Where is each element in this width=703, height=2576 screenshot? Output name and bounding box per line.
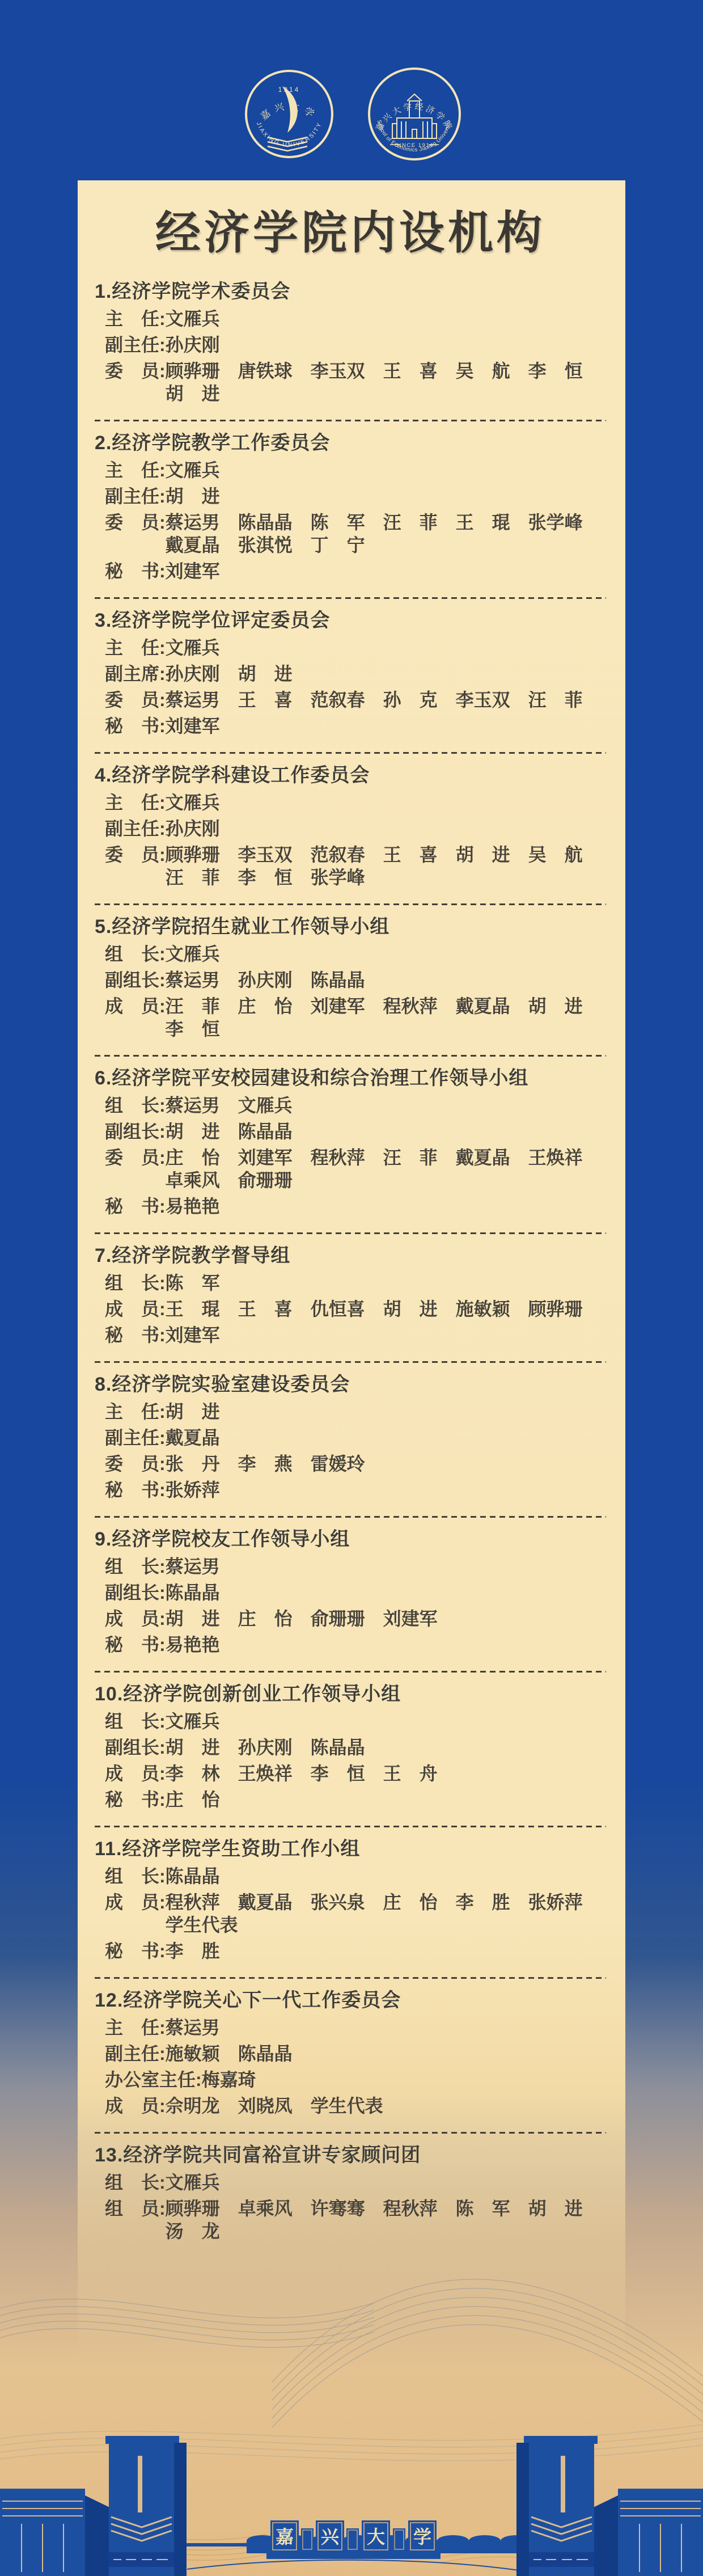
role-label: 成 员: bbox=[105, 995, 166, 1040]
member-line: 主 任:蔡运男 bbox=[95, 2016, 606, 2039]
member-line: 副组长:胡 进 陈晶晶 bbox=[95, 1120, 606, 1143]
left-edge-building bbox=[0, 2489, 120, 2576]
role-label: 秘 书: bbox=[105, 715, 166, 737]
member-line: 组 员:顾骅珊 卓乘风 许骞骞 程秋萍 陈 军 胡 进 汤 龙 bbox=[95, 2197, 606, 2243]
content: 经济学院内设机构 1.经济学院学术委员会主 任:文雁兵副主任:孙庆刚委 员:顾骅… bbox=[78, 180, 625, 2243]
member-names: 蔡运男 bbox=[166, 1555, 606, 1578]
member-names: 胡 进 bbox=[166, 1400, 606, 1423]
member-names: 陈 军 bbox=[166, 1272, 606, 1294]
content-panel: 经济学院内设机构 1.经济学院学术委员会主 任:文雁兵副主任:孙庆刚委 员:顾骅… bbox=[78, 180, 625, 2406]
role-label: 成 员: bbox=[105, 1891, 166, 1936]
member-names: 蔡运男 王 喜 范叙春 孙 克 李玉双 汪 菲 bbox=[166, 689, 606, 711]
member-line: 主 任:文雁兵 bbox=[95, 307, 606, 330]
section-8: 8.经济学院实验室建设委员会主 任:胡 进副主任:戴夏晶委 员:张 丹 李 燕 … bbox=[95, 1373, 606, 1501]
svg-text:嘉: 嘉 bbox=[276, 2526, 294, 2548]
section-12: 12.经济学院关心下一代工作委员会主 任:蔡运男副主任:施敏颖 陈晶晶办公室主任… bbox=[95, 1989, 606, 2117]
role-label: 副主任: bbox=[105, 2042, 166, 2065]
role-label: 委 员: bbox=[105, 1146, 166, 1192]
section-10: 10.经济学院创新创业工作领导小组组 长:文雁兵副组长:胡 进 孙庆刚 陈晶晶成… bbox=[95, 1683, 606, 1811]
seal-left-bottom-arc: JIAXING UNIVERSITY bbox=[255, 121, 323, 149]
section-5: 5.经济学院招生就业工作领导小组组 长:文雁兵副组长:蔡运男 孙庆刚 陈晶晶成 … bbox=[95, 915, 606, 1040]
role-label: 主 任: bbox=[105, 636, 166, 659]
member-line: 组 长:蔡运男 文雁兵 bbox=[95, 1094, 606, 1117]
member-line: 副组长:蔡运男 孙庆刚 陈晶晶 bbox=[95, 969, 606, 991]
member-names: 孙庆刚 bbox=[166, 817, 606, 840]
section-divider bbox=[95, 903, 606, 905]
section-heading: 11.经济学院学生资助工作小组 bbox=[95, 1838, 606, 1860]
role-label: 组 长: bbox=[105, 2171, 166, 2194]
member-line: 成 员:程秋萍 戴夏晶 张兴泉 庄 怡 李 胜 张娇萍 学生代表 bbox=[95, 1891, 606, 1936]
role-label: 秘 书: bbox=[105, 1788, 166, 1811]
role-label: 副主任: bbox=[105, 333, 166, 356]
role-label: 组 长: bbox=[105, 1865, 166, 1887]
member-line: 组 长:陈 军 bbox=[95, 1272, 606, 1294]
page-title: 经济学院内设机构 bbox=[95, 206, 606, 261]
section-divider bbox=[95, 1826, 606, 1827]
role-label: 秘 书: bbox=[105, 1633, 166, 1656]
member-line: 秘 书:易艳艳 bbox=[95, 1195, 606, 1218]
member-names: 刘建军 bbox=[166, 1324, 606, 1346]
member-names: 李 林 王焕祥 李 恒 王 舟 bbox=[166, 1762, 606, 1785]
member-line: 副主席:孙庆刚 胡 进 bbox=[95, 662, 606, 685]
member-names: 顾骅珊 李玉双 范叙春 王 喜 胡 进 吴 航 汪 菲 李 恒 张学峰 bbox=[166, 843, 606, 889]
role-label: 秘 书: bbox=[105, 1940, 166, 1962]
member-line: 委 员:顾骅珊 唐铁球 李玉双 王 喜 吴 航 李 恒 胡 进 bbox=[95, 360, 606, 405]
member-line: 秘 书:刘建军 bbox=[95, 560, 606, 582]
role-label: 组 员: bbox=[105, 2197, 166, 2243]
footer-art: 嘉 兴 大 学 bbox=[0, 2269, 703, 2576]
section-heading: 1.经济学院学术委员会 bbox=[95, 280, 606, 303]
member-names: 庄 怡 bbox=[166, 1788, 606, 1811]
member-names: 顾骅珊 卓乘风 许骞骞 程秋萍 陈 军 胡 进 汤 龙 bbox=[166, 2197, 606, 2243]
member-names: 戴夏晶 bbox=[166, 1426, 606, 1449]
section-heading: 8.经济学院实验室建设委员会 bbox=[95, 1373, 606, 1396]
member-line: 副组长:胡 进 孙庆刚 陈晶晶 bbox=[95, 1736, 606, 1759]
member-names: 张娇萍 bbox=[166, 1479, 606, 1501]
member-line: 主 任:胡 进 bbox=[95, 1400, 606, 1423]
right-edge-building bbox=[583, 2489, 703, 2576]
member-line: 委 员:蔡运男 陈晶晶 陈 军 汪 菲 王 琨 张学峰 戴夏晶 张淇悦 丁 宁 bbox=[95, 511, 606, 556]
member-line: 秘 书:刘建军 bbox=[95, 715, 606, 737]
section-divider bbox=[95, 420, 606, 421]
role-label: 组 长: bbox=[105, 1710, 166, 1733]
member-line: 副主任:孙庆刚 bbox=[95, 333, 606, 356]
member-names: 蔡运男 陈晶晶 陈 军 汪 菲 王 琨 张学峰 戴夏晶 张淇悦 丁 宁 bbox=[166, 511, 606, 556]
member-line: 秘 书:李 胜 bbox=[95, 1940, 606, 1962]
member-names: 陈晶晶 bbox=[166, 1581, 606, 1604]
member-names: 文雁兵 bbox=[166, 1710, 606, 1733]
left-gate-tower bbox=[105, 2436, 187, 2576]
member-line: 秘 书:张娇萍 bbox=[95, 1479, 606, 1501]
svg-text:兴: 兴 bbox=[321, 2526, 340, 2548]
member-names: 张 丹 李 燕 雷媛玲 bbox=[166, 1452, 606, 1475]
member-names: 王 琨 王 喜 仇恒喜 胡 进 施敏颖 顾骅珊 bbox=[166, 1298, 606, 1320]
section-6: 6.经济学院平安校园建设和综合治理工作领导小组组 长:蔡运男 文雁兵副组长:胡 … bbox=[95, 1067, 606, 1218]
role-label: 委 员: bbox=[105, 1452, 166, 1475]
member-line: 副主任:施敏颖 陈晶晶 bbox=[95, 2042, 606, 2065]
member-line: 组 长:文雁兵 bbox=[95, 943, 606, 965]
svg-text:学: 学 bbox=[413, 2526, 431, 2548]
role-label: 副组长: bbox=[105, 1120, 166, 1143]
role-label: 委 员: bbox=[105, 511, 166, 556]
member-names: 施敏颖 陈晶晶 bbox=[166, 2042, 606, 2065]
university-gate: 嘉 兴 大 学 bbox=[266, 2520, 441, 2559]
role-label: 委 员: bbox=[105, 360, 166, 405]
role-label: 组 长: bbox=[105, 1272, 166, 1294]
svg-text:JIAXING UNIVERSITY: JIAXING UNIVERSITY bbox=[255, 121, 323, 149]
role-label: 委 员: bbox=[105, 843, 166, 889]
role-label: 成 员: bbox=[105, 2094, 166, 2117]
member-names: 文雁兵 bbox=[166, 943, 606, 965]
role-label: 秘 书: bbox=[105, 1479, 166, 1501]
member-line: 组 长:文雁兵 bbox=[95, 1710, 606, 1733]
svg-text:School of Economics Jiaxing Un: School of Economics Jiaxing University bbox=[0, 54, 452, 153]
member-names: 刘建军 bbox=[166, 560, 606, 582]
role-label: 主 任: bbox=[105, 1400, 166, 1423]
seal-left-year: 1914 bbox=[278, 86, 300, 94]
section-heading: 5.经济学院招生就业工作领导小组 bbox=[95, 915, 606, 938]
member-names: 李 胜 bbox=[166, 1940, 606, 1962]
member-names: 易艳艳 bbox=[166, 1633, 606, 1656]
section-heading: 4.经济学院学科建设工作委员会 bbox=[95, 764, 606, 787]
member-names: 蔡运男 bbox=[166, 2016, 606, 2039]
section-13: 13.经济学院共同富裕宣讲专家顾问团组 长:文雁兵组 员:顾骅珊 卓乘风 许骞骞… bbox=[95, 2144, 606, 2243]
member-line: 副主任:戴夏晶 bbox=[95, 1426, 606, 1449]
role-label: 主 任: bbox=[105, 2016, 166, 2039]
section-heading: 3.经济学院学位评定委员会 bbox=[95, 609, 606, 632]
member-names: 刘建军 bbox=[166, 715, 606, 737]
role-label: 副组长: bbox=[105, 969, 166, 991]
member-line: 委 员:顾骅珊 李玉双 范叙春 王 喜 胡 进 吴 航 汪 菲 李 恒 张学峰 bbox=[95, 843, 606, 889]
member-names: 文雁兵 bbox=[166, 2171, 606, 2194]
right-gate-tower bbox=[516, 2436, 598, 2576]
building-icon bbox=[392, 94, 437, 138]
section-divider bbox=[95, 1516, 606, 1518]
member-names: 庄 怡 刘建军 程秋萍 汪 菲 戴夏晶 王焕祥 卓乘风 俞珊珊 bbox=[166, 1146, 606, 1192]
member-line: 组 长:陈晶晶 bbox=[95, 1865, 606, 1887]
role-label: 副组长: bbox=[105, 1736, 166, 1759]
member-line: 主 任:文雁兵 bbox=[95, 636, 606, 659]
role-label: 成 员: bbox=[105, 1298, 166, 1320]
svg-text:大: 大 bbox=[367, 2526, 385, 2548]
role-label: 秘 书: bbox=[105, 1195, 166, 1218]
role-label: 委 员: bbox=[105, 689, 166, 711]
jiaxing-university-seal-icon: 嘉兴大学 1914 JIAXING UNIVERSITY bbox=[246, 71, 332, 157]
role-label: 秘 书: bbox=[105, 1324, 166, 1346]
section-2: 2.经济学院教学工作委员会主 任:文雁兵副主任:胡 进委 员:蔡运男 陈晶晶 陈… bbox=[95, 432, 606, 582]
member-line: 委 员:庄 怡 刘建军 程秋萍 汪 菲 戴夏晶 王焕祥 卓乘风 俞珊珊 bbox=[95, 1146, 606, 1192]
section-heading: 7.经济学院教学督导组 bbox=[95, 1244, 606, 1267]
member-names: 易艳艳 bbox=[166, 1195, 606, 1218]
member-names: 梅嘉琦 bbox=[202, 2068, 606, 2091]
member-names: 文雁兵 bbox=[166, 459, 606, 482]
member-names: 孙庆刚 胡 进 bbox=[166, 662, 606, 685]
member-line: 成 员:王 琨 王 喜 仇恒喜 胡 进 施敏颖 顾骅珊 bbox=[95, 1298, 606, 1320]
member-line: 成 员:李 林 王焕祥 李 恒 王 舟 bbox=[95, 1762, 606, 1785]
role-label: 副主任: bbox=[105, 485, 166, 508]
role-label: 秘 书: bbox=[105, 560, 166, 582]
wave-lines-gray bbox=[0, 2279, 703, 2461]
member-names: 孙庆刚 bbox=[166, 333, 606, 356]
role-label: 成 员: bbox=[105, 1762, 166, 1785]
role-label: 主 任: bbox=[105, 459, 166, 482]
section-divider bbox=[95, 1977, 606, 1979]
sections: 1.经济学院学术委员会主 任:文雁兵副主任:孙庆刚委 员:顾骅珊 唐铁球 李玉双… bbox=[95, 280, 606, 2243]
role-label: 副主任: bbox=[105, 817, 166, 840]
member-names: 汪 菲 庄 怡 刘建军 程秋萍 戴夏晶 胡 进 李 恒 bbox=[166, 995, 606, 1040]
role-label: 组 长: bbox=[105, 1555, 166, 1578]
member-line: 副主任:胡 进 bbox=[95, 485, 606, 508]
member-line: 委 员:张 丹 李 燕 雷媛玲 bbox=[95, 1452, 606, 1475]
section-heading: 12.经济学院关心下一代工作委员会 bbox=[95, 1989, 606, 2012]
header-seals: 嘉兴大学 1914 JIAXING UNIVERSITY bbox=[0, 54, 703, 185]
role-label: 副组长: bbox=[105, 1581, 166, 1604]
member-names: 文雁兵 bbox=[166, 636, 606, 659]
section-divider bbox=[95, 752, 606, 754]
member-names: 陈晶晶 bbox=[166, 1865, 606, 1887]
member-names: 胡 进 孙庆刚 陈晶晶 bbox=[166, 1736, 606, 1759]
member-names: 佘明龙 刘晓凤 学生代表 bbox=[166, 2094, 606, 2117]
member-line: 组 长:文雁兵 bbox=[95, 2171, 606, 2194]
section-divider bbox=[95, 1232, 606, 1234]
member-line: 办公室主任:梅嘉琦 bbox=[95, 2068, 606, 2091]
role-label: 办公室主任: bbox=[105, 2068, 202, 2091]
member-line: 秘 书:刘建军 bbox=[95, 1324, 606, 1346]
section-divider bbox=[95, 2132, 606, 2134]
member-line: 主 任:文雁兵 bbox=[95, 791, 606, 814]
section-heading: 9.经济学院校友工作领导小组 bbox=[95, 1528, 606, 1551]
member-names: 顾骅珊 唐铁球 李玉双 王 喜 吴 航 李 恒 胡 进 bbox=[166, 360, 606, 405]
member-line: 秘 书:易艳艳 bbox=[95, 1633, 606, 1656]
section-9: 9.经济学院校友工作领导小组组 长:蔡运男副组长:陈晶晶成 员:胡 进 庄 怡 … bbox=[95, 1528, 606, 1656]
member-names: 蔡运男 文雁兵 bbox=[166, 1094, 606, 1117]
section-divider bbox=[95, 1671, 606, 1673]
member-line: 成 员:胡 进 庄 怡 俞珊珊 刘建军 bbox=[95, 1607, 606, 1630]
member-names: 胡 进 bbox=[166, 485, 606, 508]
section-heading: 10.经济学院创新创业工作领导小组 bbox=[95, 1683, 606, 1705]
section-heading: 13.经济学院共同富裕宣讲专家顾问团 bbox=[95, 2144, 606, 2167]
role-label: 组 长: bbox=[105, 943, 166, 965]
member-line: 委 员:蔡运男 王 喜 范叙春 孙 克 李玉双 汪 菲 bbox=[95, 689, 606, 711]
member-line: 副组长:陈晶晶 bbox=[95, 1581, 606, 1604]
member-names: 蔡运男 孙庆刚 陈晶晶 bbox=[166, 969, 606, 991]
role-label: 副主任: bbox=[105, 1426, 166, 1449]
member-names: 文雁兵 bbox=[166, 307, 606, 330]
role-label: 成 员: bbox=[105, 1607, 166, 1630]
member-line: 秘 书:庄 怡 bbox=[95, 1788, 606, 1811]
poster-page: 嘉兴大学 1914 JIAXING UNIVERSITY bbox=[0, 0, 703, 2576]
section-heading: 2.经济学院教学工作委员会 bbox=[95, 432, 606, 454]
role-label: 主 任: bbox=[105, 791, 166, 814]
section-7: 7.经济学院教学督导组组 长:陈 军成 员:王 琨 王 喜 仇恒喜 胡 进 施敏… bbox=[95, 1244, 606, 1346]
section-1: 1.经济学院学术委员会主 任:文雁兵副主任:孙庆刚委 员:顾骅珊 唐铁球 李玉双… bbox=[95, 280, 606, 405]
member-names: 胡 进 庄 怡 俞珊珊 刘建军 bbox=[166, 1607, 606, 1630]
member-names: 胡 进 陈晶晶 bbox=[166, 1120, 606, 1143]
role-label: 副主席: bbox=[105, 662, 166, 685]
member-names: 程秋萍 戴夏晶 张兴泉 庄 怡 李 胜 张娇萍 学生代表 bbox=[166, 1891, 606, 1936]
member-line: 主 任:文雁兵 bbox=[95, 459, 606, 482]
role-label: 主 任: bbox=[105, 307, 166, 330]
section-3: 3.经济学院学位评定委员会主 任:文雁兵副主席:孙庆刚 胡 进委 员:蔡运男 王… bbox=[95, 609, 606, 737]
member-line: 成 员:佘明龙 刘晓凤 学生代表 bbox=[95, 2094, 606, 2117]
member-line: 副主任:孙庆刚 bbox=[95, 817, 606, 840]
section-4: 4.经济学院学科建设工作委员会主 任:文雁兵副主任:孙庆刚委 员:顾骅珊 李玉双… bbox=[95, 764, 606, 889]
section-divider bbox=[95, 1055, 606, 1057]
role-label: 组 长: bbox=[105, 1094, 166, 1117]
school-of-economics-seal-icon: SINCE 1914 嘉兴大学经济学院 School of Economics … bbox=[0, 54, 460, 159]
section-divider bbox=[95, 597, 606, 599]
member-line: 成 员:汪 菲 庄 怡 刘建军 程秋萍 戴夏晶 胡 进 李 恒 bbox=[95, 995, 606, 1040]
path-line bbox=[187, 2560, 519, 2570]
seal-right-bottom-arc: School of Economics Jiaxing University bbox=[0, 54, 452, 153]
member-line: 组 长:蔡运男 bbox=[95, 1555, 606, 1578]
member-names: 文雁兵 bbox=[166, 791, 606, 814]
section-divider bbox=[95, 1361, 606, 1363]
section-11: 11.经济学院学生资助工作小组组 长:陈晶晶成 员:程秋萍 戴夏晶 张兴泉 庄 … bbox=[95, 1838, 606, 1962]
section-heading: 6.经济学院平安校园建设和综合治理工作领导小组 bbox=[95, 1067, 606, 1089]
